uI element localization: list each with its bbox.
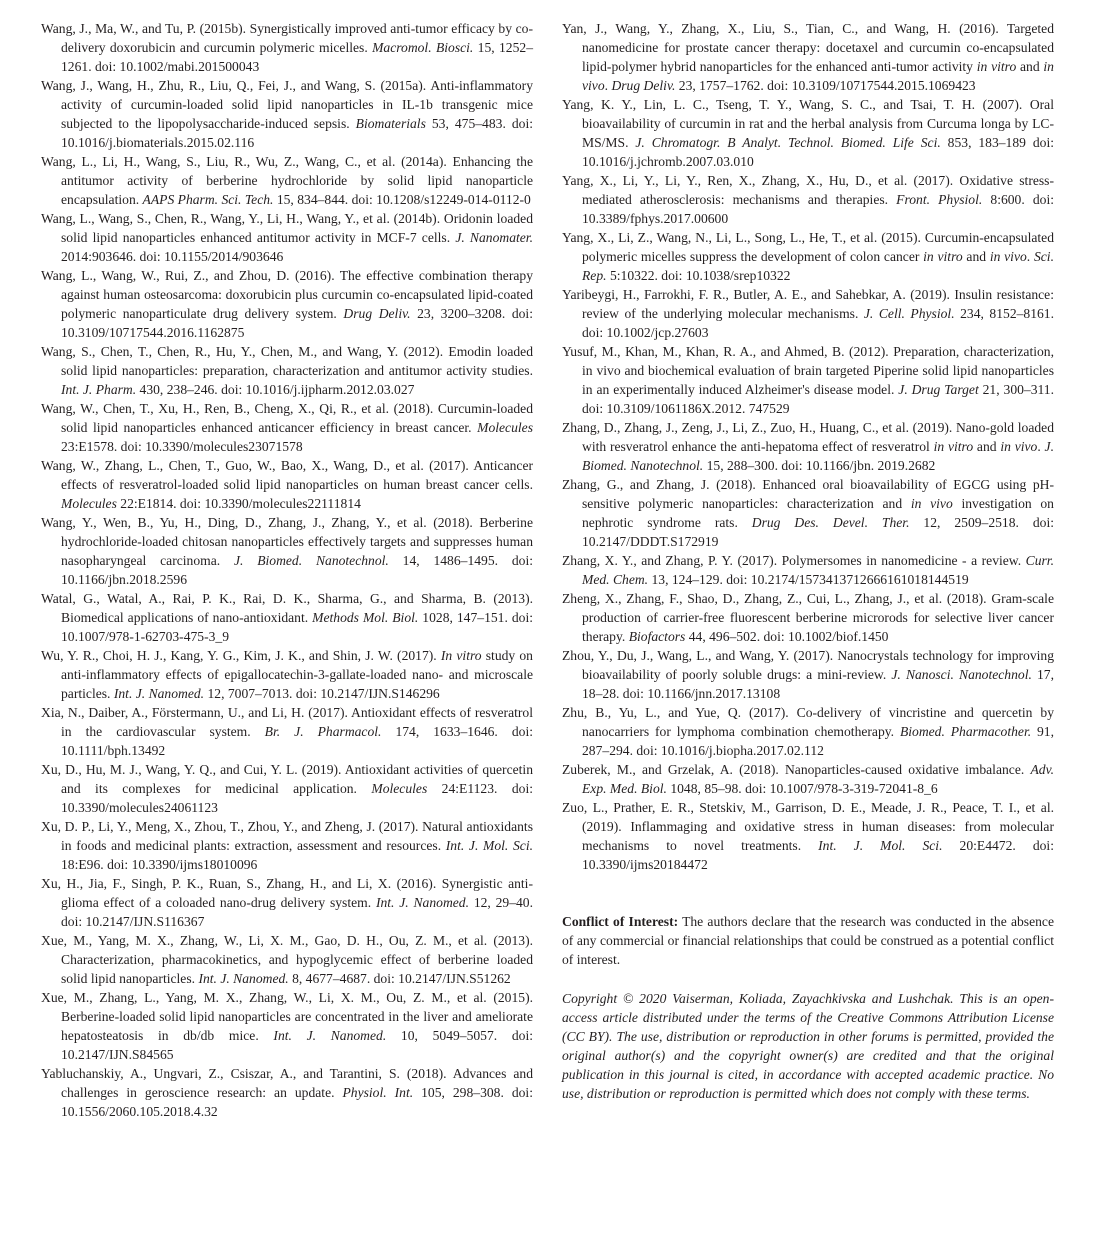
reference-text: Wang, W., Zhang, L., Chen, T., Guo, W., … bbox=[41, 458, 533, 492]
reference-entry: Xu, H., Jia, F., Singh, P. K., Ruan, S.,… bbox=[41, 874, 533, 931]
reference-text: 15, 288–300. doi: 10.1166/jbn. 2019.2682 bbox=[703, 458, 935, 473]
reference-text: 5:10322. doi: 10.1038/srep10322 bbox=[607, 268, 791, 283]
reference-entry: Xue, M., Zhang, L., Yang, M. X., Zhang, … bbox=[41, 988, 533, 1064]
reference-italic-text: Int. J. Nanomed. bbox=[114, 686, 204, 701]
reference-text: 13, 124–129. doi: 10.2174/15734137126661… bbox=[648, 572, 969, 587]
reference-text: 8, 4677–4687. doi: 10.2147/IJN.S51262 bbox=[289, 971, 511, 986]
reference-entry: Zheng, X., Zhang, F., Shao, D., Zhang, Z… bbox=[562, 589, 1054, 646]
reference-text: and bbox=[973, 439, 1000, 454]
reference-entry: Yang, X., Li, Y., Li, Y., Ren, X., Zhang… bbox=[562, 171, 1054, 228]
reference-entry: Zhang, D., Zhang, J., Zeng, J., Li, Z., … bbox=[562, 418, 1054, 475]
reference-text: Wang, S., Chen, T., Chen, R., Hu, Y., Ch… bbox=[41, 344, 533, 378]
reference-italic-text: J. Biomed. Nanotechnol. bbox=[234, 553, 389, 568]
reference-italic-text: Methods Mol. Biol. bbox=[312, 610, 418, 625]
reference-text: Zuberek, M., and Grzelak, A. (2018). Nan… bbox=[562, 762, 1030, 777]
reference-italic-text: in vitro bbox=[923, 249, 963, 264]
reference-italic-text: Drug Deliv. bbox=[343, 306, 410, 321]
reference-entry: Zhang, G., and Zhang, J. (2018). Enhance… bbox=[562, 475, 1054, 551]
reference-entry: Zhu, B., Yu, L., and Yue, Q. (2017). Co-… bbox=[562, 703, 1054, 760]
reference-entry: Yang, K. Y., Lin, L. C., Tseng, T. Y., W… bbox=[562, 95, 1054, 171]
reference-italic-text: Br. J. Pharmacol. bbox=[265, 724, 382, 739]
reference-italic-text: Int. J. Nanomed. bbox=[273, 1028, 386, 1043]
reference-text: 23, 1757–1762. doi: 10.3109/10717544.201… bbox=[675, 78, 975, 93]
reference-italic-text: J. Drug Target bbox=[898, 382, 978, 397]
reference-italic-text: Int. J. Mol. Sci. bbox=[818, 838, 942, 853]
reference-italic-text: Drug Deliv. bbox=[611, 78, 675, 93]
reference-text: Wang, W., Chen, T., Xu, H., Ren, B., Che… bbox=[41, 401, 533, 435]
reference-text: 44, 496–502. doi: 10.1002/biof.1450 bbox=[685, 629, 888, 644]
reference-text: 22:E1814. doi: 10.3390/molecules22111814 bbox=[117, 496, 361, 511]
references-left-column: Wang, J., Ma, W., and Tu, P. (2015b). Sy… bbox=[41, 19, 533, 1121]
reference-text: and bbox=[1016, 59, 1043, 74]
reference-italic-text: Molecules bbox=[61, 496, 117, 511]
reference-entry: Wang, L., Wang, S., Chen, R., Wang, Y., … bbox=[41, 209, 533, 266]
reference-text: 15, 834–844. doi: 10.1208/s12249-014-011… bbox=[273, 192, 530, 207]
conflict-of-interest-label: Conflict of Interest: bbox=[562, 914, 678, 929]
reference-italic-text: J. Cell. Physiol. bbox=[864, 306, 955, 321]
reference-entry: Wu, Y. R., Choi, H. J., Kang, Y. G., Kim… bbox=[41, 646, 533, 703]
reference-italic-text: In vitro bbox=[441, 648, 482, 663]
reference-entry: Wang, J., Ma, W., and Tu, P. (2015b). Sy… bbox=[41, 19, 533, 76]
reference-italic-text: Molecules bbox=[477, 420, 533, 435]
reference-entry: Yusuf, M., Khan, M., Khan, R. A., and Ah… bbox=[562, 342, 1054, 418]
conflict-of-interest-statement: Conflict of Interest: The authors declar… bbox=[562, 912, 1054, 969]
reference-italic-text: in vitro bbox=[934, 439, 974, 454]
reference-entry: Xue, M., Yang, M. X., Zhang, W., Li, X. … bbox=[41, 931, 533, 988]
reference-entry: Watal, G., Watal, A., Rai, P. K., Rai, D… bbox=[41, 589, 533, 646]
reference-entry: Yang, X., Li, Z., Wang, N., Li, L., Song… bbox=[562, 228, 1054, 285]
reference-entry: Yaribeygi, H., Farrokhi, F. R., Butler, … bbox=[562, 285, 1054, 342]
copyright-notice: Copyright © 2020 Vaiserman, Koliada, Zay… bbox=[562, 989, 1054, 1103]
reference-italic-text: Int. J. Nanomed. bbox=[198, 971, 288, 986]
reference-text: 2014:903646. doi: 10.1155/2014/903646 bbox=[61, 249, 283, 264]
reference-italic-text: Macromol. Biosci. bbox=[372, 40, 473, 55]
reference-italic-text: J. Chromatogr. B Analyt. Technol. Biomed… bbox=[635, 135, 940, 150]
reference-entry: Yabluchanskiy, A., Ungvari, Z., Csiszar,… bbox=[41, 1064, 533, 1121]
reference-entry: Zuberek, M., and Grzelak, A. (2018). Nan… bbox=[562, 760, 1054, 798]
reference-italic-text: Int. J. Nanomed. bbox=[376, 895, 469, 910]
reference-italic-text: in vivo bbox=[911, 496, 953, 511]
reference-text: 23:E1578. doi: 10.3390/molecules23071578 bbox=[61, 439, 303, 454]
reference-text: . bbox=[1027, 249, 1034, 264]
references-right-list: Yan, J., Wang, Y., Zhang, X., Liu, S., T… bbox=[562, 19, 1054, 874]
reference-italic-text: Int. J. Pharm. bbox=[61, 382, 136, 397]
reference-entry: Xu, D. P., Li, Y., Meng, X., Zhou, T., Z… bbox=[41, 817, 533, 874]
reference-italic-text: Front. Physiol. bbox=[896, 192, 982, 207]
reference-text: 18:E96. doi: 10.3390/ijms18010096 bbox=[61, 857, 257, 872]
reference-italic-text: in vivo bbox=[1000, 439, 1037, 454]
reference-italic-text: in vivo bbox=[990, 249, 1027, 264]
reference-italic-text: Biofactors bbox=[629, 629, 686, 644]
reference-italic-text: J. Nanomater. bbox=[455, 230, 533, 245]
references-right-column: Yan, J., Wang, Y., Zhang, X., Liu, S., T… bbox=[562, 19, 1054, 1103]
reference-italic-text: Drug Des. Devel. Ther. bbox=[752, 515, 910, 530]
reference-entry: Xu, D., Hu, M. J., Wang, Y. Q., and Cui,… bbox=[41, 760, 533, 817]
reference-italic-text: Molecules bbox=[371, 781, 427, 796]
reference-entry: Yan, J., Wang, Y., Zhang, X., Liu, S., T… bbox=[562, 19, 1054, 95]
reference-italic-text: Physiol. Int. bbox=[342, 1085, 413, 1100]
reference-text: . bbox=[1037, 439, 1044, 454]
reference-entry: Wang, L., Li, H., Wang, S., Liu, R., Wu,… bbox=[41, 152, 533, 209]
reference-entry: Zuo, L., Prather, E. R., Stetskiv, M., G… bbox=[562, 798, 1054, 874]
reference-entry: Wang, W., Zhang, L., Chen, T., Guo, W., … bbox=[41, 456, 533, 513]
reference-italic-text: in vitro bbox=[977, 59, 1017, 74]
reference-entry: Xia, N., Daiber, A., Förstermann, U., an… bbox=[41, 703, 533, 760]
reference-entry: Wang, Y., Wen, B., Yu, H., Ding, D., Zha… bbox=[41, 513, 533, 589]
reference-entry: Zhou, Y., Du, J., Wang, L., and Wang, Y.… bbox=[562, 646, 1054, 703]
reference-text: 12, 7007–7013. doi: 10.2147/IJN.S146296 bbox=[204, 686, 440, 701]
reference-text: 430, 238–246. doi: 10.1016/j.ijpharm.201… bbox=[136, 382, 414, 397]
reference-text: 1048, 85–98. doi: 10.1007/978-3-319-7204… bbox=[667, 781, 938, 796]
reference-italic-text: Biomed. Pharmacother. bbox=[900, 724, 1031, 739]
reference-italic-text: J. Nanosci. Nanotechnol. bbox=[891, 667, 1032, 682]
reference-text: Wu, Y. R., Choi, H. J., Kang, Y. G., Kim… bbox=[41, 648, 441, 663]
reference-entry: Zhang, X. Y., and Zhang, P. Y. (2017). P… bbox=[562, 551, 1054, 589]
reference-entry: Wang, S., Chen, T., Chen, R., Hu, Y., Ch… bbox=[41, 342, 533, 399]
reference-text: Zhang, X. Y., and Zhang, P. Y. (2017). P… bbox=[562, 553, 1026, 568]
reference-entry: Wang, L., Wang, W., Rui, Z., and Zhou, D… bbox=[41, 266, 533, 342]
reference-italic-text: AAPS Pharm. Sci. Tech. bbox=[143, 192, 274, 207]
reference-text: and bbox=[963, 249, 990, 264]
reference-entry: Wang, W., Chen, T., Xu, H., Ren, B., Che… bbox=[41, 399, 533, 456]
reference-italic-text: Biomaterials bbox=[356, 116, 426, 131]
reference-entry: Wang, J., Wang, H., Zhu, R., Liu, Q., Fe… bbox=[41, 76, 533, 152]
reference-italic-text: Int. J. Mol. Sci. bbox=[446, 838, 533, 853]
